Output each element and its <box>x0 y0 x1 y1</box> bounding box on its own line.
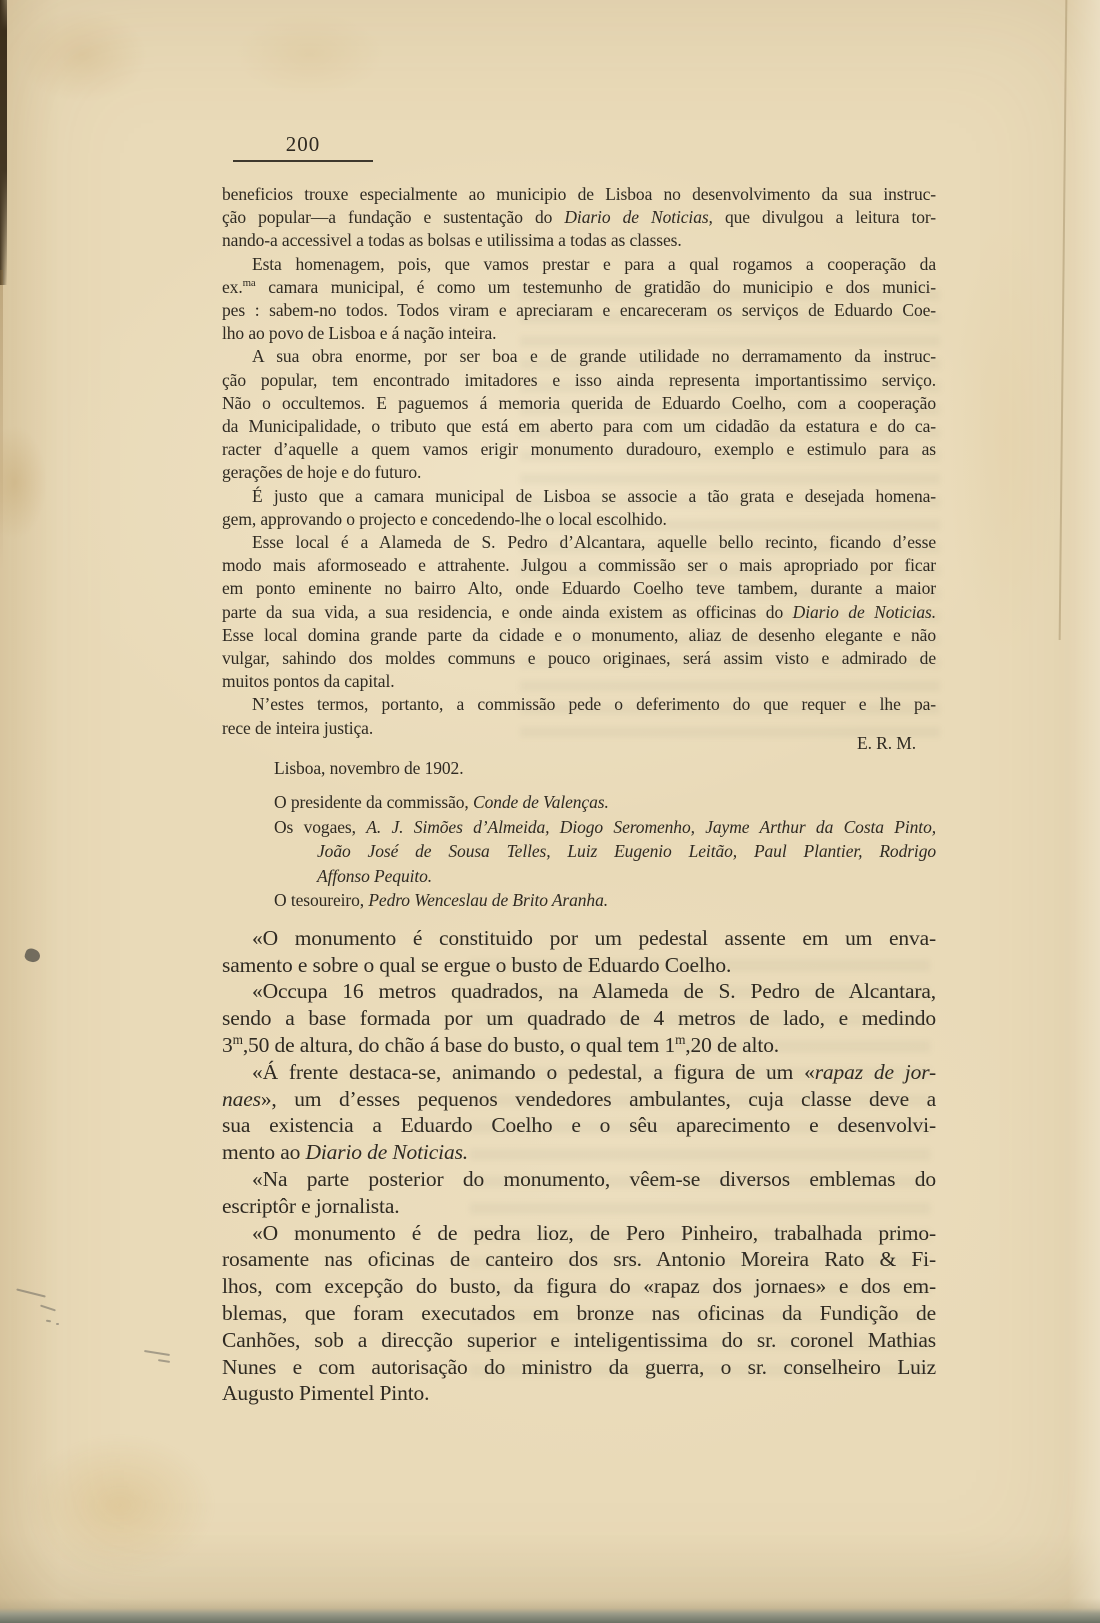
signature-line: O tesoureiro, Pedro Wenceslau de Brito A… <box>222 888 936 913</box>
text-line: da Municipalidade, o tributo que está em… <box>222 415 936 438</box>
text-line: sua existencia a Eduardo Coelho e o sêu … <box>222 1112 936 1139</box>
text-line: escriptôr e jornalista. <box>222 1193 936 1220</box>
pencil-mark <box>158 1359 170 1363</box>
signature-line: Affonso Pequito. <box>222 864 936 889</box>
text-line: «O monumento é constituido por um pedest… <box>222 925 936 952</box>
pencil-mark <box>16 1288 46 1297</box>
text-line: racter d’aquelle a quem vamos erigir mon… <box>222 438 936 461</box>
pencil-mark <box>40 1305 56 1312</box>
signature-line: O presidente da commissão, Conde de Vale… <box>222 790 936 815</box>
text-line: sendo a base formada por um quadrado de … <box>222 1005 936 1032</box>
text-line: «O monumento é de pedra lioz, de Pero Pi… <box>222 1220 936 1247</box>
paper-stain <box>18 8 148 103</box>
text-line: «Occupa 16 metros quadrados, na Alameda … <box>222 978 936 1005</box>
text-line: Não o occultemos. E paguemos á memoria q… <box>222 392 936 415</box>
text-line: Esse local domina grande parte da cidade… <box>222 624 936 647</box>
text-line: «Á frente destaca-se, animando o pedesta… <box>222 1059 936 1086</box>
signature-block: O presidente da commissão, Conde de Vale… <box>222 790 936 913</box>
paper-stain <box>950 230 1060 650</box>
text-line: «Na parte posterior do monumento, vêem-s… <box>222 1166 936 1193</box>
text-line: gem, approvando o projecto e concedendo-… <box>222 508 936 531</box>
text-line: muitos pontos da capital. <box>222 670 936 693</box>
signature-line: Os vogaes, A. J. Simões d’Almeida, Diogo… <box>222 815 936 840</box>
text-column: beneficios trouxe especialmente ao munic… <box>222 183 936 1407</box>
paper-stain <box>0 425 47 540</box>
text-line: nando-a accessivel a todas as bolsas e u… <box>222 229 936 252</box>
text-line: ção popular—a fundação e sustentação do … <box>222 206 936 229</box>
text-line: ex.ma camara municipal, é como um testem… <box>222 276 936 299</box>
page-edge-light-right <box>1068 0 1100 1623</box>
text-line: lho ao povo de Lisboa e á nação inteira. <box>222 322 936 345</box>
memorial-text-block: beneficios trouxe especialmente ao munic… <box>222 183 936 740</box>
dateline: Lisboa, novembro de 1902. <box>222 757 936 780</box>
text-line: blemas, que foram executados em bronze n… <box>222 1300 936 1327</box>
text-line: parte da sua vida, a sua residencia, e o… <box>222 601 936 624</box>
text-line: Esse local é a Alameda de S. Pedro d’Alc… <box>222 531 936 554</box>
text-line: rosamente nas oficinas de canteiro dos s… <box>222 1246 936 1273</box>
pencil-mark <box>56 1323 59 1325</box>
text-line: mento ao Diario de Noticias. <box>222 1139 936 1166</box>
ink-spot <box>23 947 42 964</box>
page-edge-shadow-left <box>0 0 7 285</box>
text-line: A sua obra enorme, por ser boa e de gran… <box>222 345 936 368</box>
text-line: ção popular, tem encontrado imitadores e… <box>222 369 936 392</box>
text-line: N’estes termos, portanto, a commissão pe… <box>222 693 936 716</box>
text-line: samento e sobre o qual se ergue o busto … <box>222 952 936 979</box>
text-line: beneficios trouxe especialmente ao munic… <box>222 183 936 206</box>
text-line: Nunes e com autorisação do ministro da g… <box>222 1354 936 1381</box>
text-line: Canhões, sob a direcção superior e intel… <box>222 1327 936 1354</box>
page-edge-shadow-left-faint <box>0 270 3 570</box>
page-number-text: 200 <box>286 132 321 156</box>
page-crease-right <box>1059 0 1068 640</box>
pencil-mark <box>144 1350 170 1356</box>
text-line: vulgar, sahindo dos moldes communs e pou… <box>222 647 936 670</box>
book-page: 200 beneficios trouxe especialmente ao m… <box>0 0 1100 1623</box>
text-line: Augusto Pimentel Pinto. <box>222 1380 936 1407</box>
text-line: modo mais aformoseado e attrahente. Julg… <box>222 554 936 577</box>
pencil-mark <box>46 1320 51 1323</box>
bottom-page-edge <box>0 1598 1100 1623</box>
text-line: em ponto eminente no bairro Alto, onde E… <box>222 577 936 600</box>
paper-stain <box>25 1435 215 1575</box>
paper-stain <box>235 12 385 97</box>
text-line: 3m,50 de altura, do chão á base do busto… <box>222 1032 936 1059</box>
text-line: Esta homenagem, pois, que vamos prestar … <box>222 253 936 276</box>
signature-line: João José de Sousa Telles, Luiz Eugenio … <box>222 839 936 864</box>
text-line: pes : sabem-no todos. Todos viram e apre… <box>222 299 936 322</box>
text-line: lhos, com excepção do busto, da figura d… <box>222 1273 936 1300</box>
text-line: gerações de hoje e do futuro. <box>222 461 936 484</box>
text-line: naes», um d’esses pequenos vendedores am… <box>222 1086 936 1113</box>
page-number: 200 <box>233 132 373 162</box>
monument-description-block: «O monumento é constituido por um pedest… <box>222 925 936 1407</box>
text-line: É justo que a camara municipal de Lisboa… <box>222 485 936 508</box>
